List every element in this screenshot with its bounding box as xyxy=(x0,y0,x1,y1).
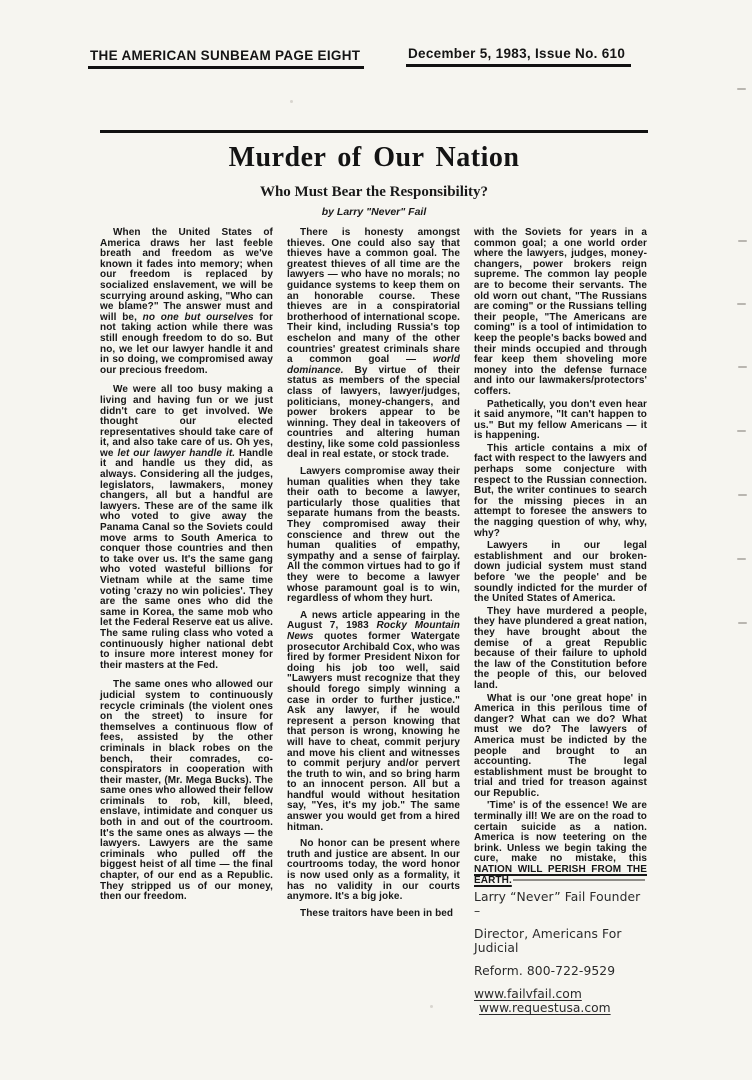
author-phone: Reform. 800-722-9529 xyxy=(474,964,647,978)
paragraph: We were all too busy making a living and… xyxy=(100,385,273,671)
headline-divider xyxy=(100,130,648,133)
paragraph: There is honesty amongst thieves. One co… xyxy=(287,228,460,461)
paragraph: with the Soviets for years in a common g… xyxy=(474,228,647,398)
article-subtitle: Who Must Bear the Responsibility? xyxy=(100,184,648,201)
article-column-2: There is honesty amongst thieves. One co… xyxy=(287,228,460,919)
article-byline: by Larry "Never" Fail xyxy=(100,206,648,218)
scan-artifact xyxy=(737,430,746,432)
scan-artifact xyxy=(738,366,747,368)
paragraph: These traitors have been in bed xyxy=(287,909,460,920)
author-name: Larry “Never” Fail Founder – xyxy=(474,890,647,918)
paragraph: When the United States of America draws … xyxy=(100,228,273,376)
article-body: When the United States of America draws … xyxy=(100,228,648,1015)
scan-artifact xyxy=(737,88,746,90)
scan-artifact xyxy=(738,622,747,624)
paragraph: 'Time' is of the essence! We are termina… xyxy=(474,801,647,886)
paragraph: Pathetically, you don't even hear it sai… xyxy=(474,400,647,442)
signature-line xyxy=(513,879,645,881)
scan-artifact xyxy=(737,558,746,560)
article-title: Murder of Our Nation xyxy=(100,142,648,174)
scan-artifact xyxy=(737,303,746,305)
newspaper-page: THE AMERICAN SUNBEAM PAGE EIGHT December… xyxy=(0,0,752,1080)
author-title: Director, Americans For Judicial xyxy=(474,927,647,955)
masthead-title: THE AMERICAN SUNBEAM PAGE EIGHT xyxy=(88,48,364,69)
author-websites: www.failvfail.com www.requestusa.com xyxy=(474,987,647,1015)
scan-speck xyxy=(430,1005,433,1008)
issue-date: December 5, 1983, Issue No. 610 xyxy=(406,46,631,67)
paragraph: Lawyers in our legal establishment and o… xyxy=(474,541,647,605)
website-url-2: www.requestusa.com xyxy=(479,1001,611,1015)
scan-artifact xyxy=(738,494,747,496)
paragraph: This article contains a mix of fact with… xyxy=(474,444,647,539)
article-column-1: When the United States of America draws … xyxy=(100,228,273,903)
paragraph: The same ones who allowed our judicial s… xyxy=(100,680,273,902)
paragraph: A news article appearing in the August 7… xyxy=(287,611,460,833)
article-column-3-text: with the Soviets for years in a common g… xyxy=(474,228,647,886)
paragraph: What is our 'one great hope' in America … xyxy=(474,694,647,800)
scan-artifact xyxy=(738,240,747,242)
article-column-3: with the Soviets for years in a common g… xyxy=(474,228,647,1015)
paragraph: They have murdered a people, they have p… xyxy=(474,607,647,692)
paragraph: No honor can be present where truth and … xyxy=(287,839,460,903)
author-block: Larry “Never” Fail Founder – Director, A… xyxy=(474,890,647,1015)
website-url-1: www.failvfail.com xyxy=(474,987,582,1001)
scan-speck xyxy=(290,100,293,103)
paragraph: Lawyers compromise away their human qual… xyxy=(287,467,460,605)
